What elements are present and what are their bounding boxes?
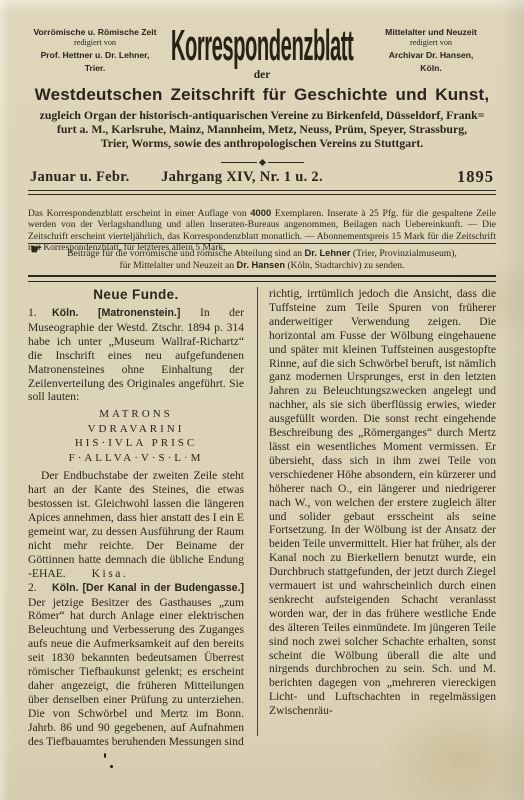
discussion-text: Der Endbuchstabe der zweiten Zeile steht… (28, 469, 244, 579)
scanned-journal-page: Vorrömische u. Römische Zeit redigiert v… (0, 0, 524, 800)
issue-year: 1895 (457, 167, 494, 187)
section-divider (0, 160, 524, 165)
author-signature: Kisa. (92, 567, 129, 580)
issue-row: Januar u. Febr. Jahrgang XIV, Nr. 1 u. 2… (30, 167, 494, 187)
title-connector: der (0, 69, 524, 81)
right-column-text: richtig, irrtümlich jedoch die Ansicht, … (269, 287, 496, 718)
organ-note-line: Trier, Worms, sowie des anthropologische… (0, 137, 524, 151)
left-column: Neue Funde. 1.Köln. [Matronenstein.] In … (28, 287, 244, 748)
heavy-double-rule (28, 275, 496, 282)
issue-volume: Jahrgang XIV, Nr. 1 u. 2. (30, 169, 454, 186)
thin-rule (28, 243, 496, 244)
inscription-line: MATRONS (28, 407, 244, 422)
manicule-icon: ☛ (30, 245, 43, 257)
article-item-2-intro: 2.Köln. [Der Kanal in der Budengasse.] D… (28, 581, 244, 749)
right-editor-names: Archivar Dr. Hansen, (356, 49, 506, 61)
journal-subtitle: Westdeutschen Zeitschrift für Geschichte… (0, 85, 524, 105)
imprint-paragraph: Das Korrespondenzblatt erscheint in eine… (28, 207, 496, 254)
article-item-1-discussion: Der Endbuchstabe der zweiten Zeile steht… (28, 469, 244, 580)
organ-note-line: zugleich Organ der historisch-antiquaris… (0, 109, 524, 123)
inscription-block: MATRONS VDRAVARINI HIS·IVLA PRISC F·ALLV… (28, 407, 244, 465)
article-item-1-intro: 1.Köln. [Matronenstein.] In der Museogra… (28, 306, 244, 404)
column-divider-rule (257, 287, 258, 736)
right-editor-block: Mittelalter und Neuzeit redigiert von Ar… (356, 26, 506, 74)
double-rule (28, 190, 496, 195)
ink-speck (110, 765, 113, 768)
article-heading: Neue Funde. (28, 287, 244, 302)
organ-note: zugleich Organ der historisch-antiquaris… (0, 109, 524, 151)
inscription-line: F·ALLVA·V·S·L·M (28, 451, 244, 466)
right-column: richtig, irrtümlich jedoch die Ansicht, … (269, 287, 496, 748)
inscription-line: VDRAVARINI (28, 422, 244, 437)
diamond-icon (258, 159, 265, 166)
journal-title: Korrespondenzblatt (171, 21, 353, 71)
organ-note-line: furt a. M., Karlsruhe, Mainz, Mannheim, … (0, 123, 524, 137)
submission-note: ☛ Beiträge für die vorrömische und römis… (28, 248, 496, 272)
divider-bar (221, 162, 257, 163)
right-editor-redigiert: redigiert von (356, 38, 506, 49)
ink-speck (104, 753, 106, 758)
submission-note-line: Beiträge für die vorrömische und römisch… (28, 248, 496, 260)
inscription-line: HIS·IVLA PRISC (28, 436, 244, 451)
divider-bar (268, 162, 304, 163)
two-column-body: Neue Funde. 1.Köln. [Matronenstein.] In … (28, 287, 496, 748)
submission-note-line: für Mittelalter und Neuzeit an Dr. Hanse… (28, 260, 496, 272)
right-editor-section: Mittelalter und Neuzeit (356, 26, 506, 38)
